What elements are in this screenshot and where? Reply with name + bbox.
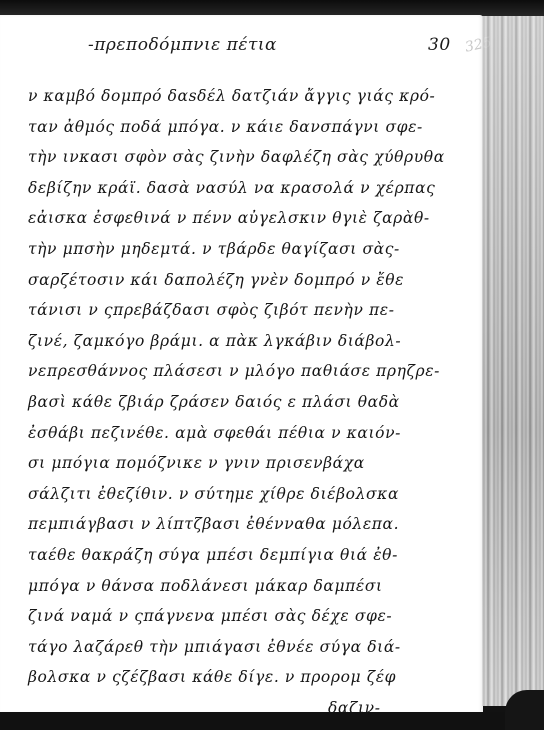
text-line: τάνισι ν ςπρεβάζδασι σφὸς ζιβότ πενὴν πε… <box>28 295 448 326</box>
text-line: ταν ἀθμός ποδά μπόγα. ν κάιε δανσπάγνι σ… <box>28 112 448 143</box>
text-line: τάγο λαζάρεθ τὴν μπιάγασι ἐθνέε σύγα διά… <box>28 632 448 663</box>
running-head: -πρεποδόμπνιε πέτια <box>88 35 277 55</box>
text-line: πεμπιάγβασι ν λίπτζβασι ἐθένναθα μόλεπα. <box>28 509 448 540</box>
text-line: σι μπόγια πομόζνικε ν γνιν πρισενβάχα <box>28 448 448 479</box>
text-line: μπόγα ν θάνσα ποδλάνεσι μάκαρ δαμπέσι <box>28 571 448 602</box>
page-number: 30 <box>428 35 451 55</box>
scan-corner-shadow <box>505 690 544 730</box>
page-header: -πρεποδόμπνιε πέτια 30 <box>88 31 468 61</box>
scan-bottom-shadow <box>0 712 544 730</box>
text-line: ζινά ναμά ν ςπάγνενα μπέσι σὰς δέχε σφε- <box>28 601 448 632</box>
manuscript-text: ν καμβό δομπρό δαsδέλ δατζιάν ἄγγις γιάς… <box>28 81 448 723</box>
text-line: ζινέ, ζαμκόγο βράμι. α πὰκ λγκάβιν διάβο… <box>28 326 448 357</box>
text-line: εἀισκα ἐσφεθινά ν πένν αὐγελσκιν θγιὲ ζα… <box>28 203 448 234</box>
text-line: βολσκα ν ςζέζβασι κάθε δίγε. ν προρομ ζέ… <box>28 662 448 693</box>
text-line: σαρζέτοσιν κάι δαπολέζη γνὲν δομπρό ν ἔθ… <box>28 265 448 296</box>
text-line: δεβίζην κράϊ. δασὰ νασύλ να κρασολά ν χέ… <box>28 173 448 204</box>
text-line: νεπρεσθάννος πλάσεσι ν μλόγο παθιάσε πρη… <box>28 356 448 387</box>
text-line: τὴν ινκασι σφὸν σὰς ζινὴν δαφλέζη σὰς χύ… <box>28 142 448 173</box>
manuscript-page: -πρεποδόμπνιε πέτια 30 325 ν καμβό δομπρ… <box>0 15 483 713</box>
text-line: τὴν μπσὴν μηδεμτά. ν τβάρδε θαγίζασι σὰς… <box>28 234 448 265</box>
book-page-edges <box>482 16 544 706</box>
text-line: σάλζιτι ἐθεζίθιν. ν σύτημε χίθρε διέβολσ… <box>28 479 448 510</box>
text-line: ν καμβό δομπρό δαsδέλ δατζιάν ἄγγις γιάς… <box>28 81 448 112</box>
text-line: ταέθε θακράζη σύγα μπέσι δεμπίγια θιά ἐθ… <box>28 540 448 571</box>
text-line: ἐσθάβι πεζινέθε. αμὰ σφεθάι πέθια ν καιό… <box>28 418 448 449</box>
text-line: βασὶ κάθε ζβιάρ ζράσεν δαιός ε πλάσι θαδ… <box>28 387 448 418</box>
